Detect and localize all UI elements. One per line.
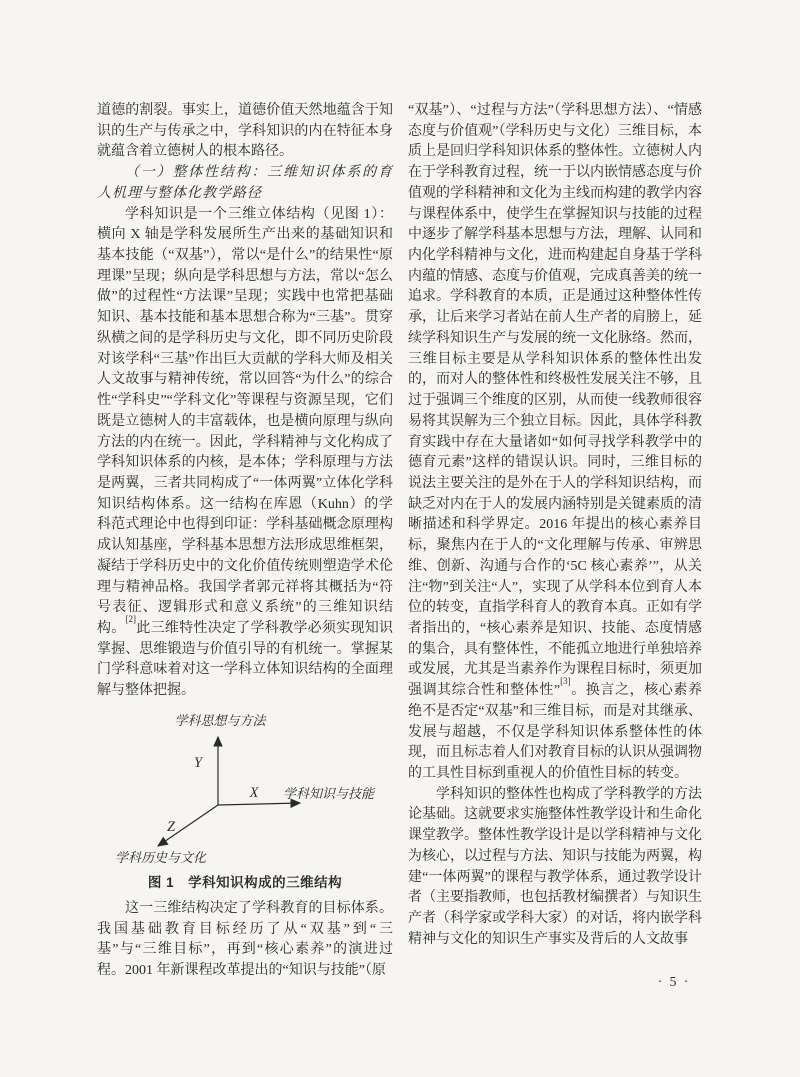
section-heading: （一）整体性结构：三维知识体系的育人机理与整体化教学路径 <box>97 163 393 204</box>
x-axis-arrow <box>218 803 300 805</box>
z-axis-title: 学科历史与文化 <box>115 850 207 865</box>
paragraph-text: “双基”）、“过程与方法”（学科思想方法）、“情感态度与价值观”（学科历史与文化… <box>408 103 702 698</box>
paragraph: 学科知识是一个三维立体结构（见图 1）：横向 X 轴是学科发展所生产出来的基础知… <box>97 205 393 702</box>
x-axis-variable: X <box>249 785 260 801</box>
x-axis-title: 学科知识与技能 <box>283 786 376 801</box>
citation-ref-2: [2] <box>126 614 137 624</box>
y-axis-variable: Y <box>194 755 204 771</box>
z-axis-variable: Z <box>167 819 176 835</box>
paragraph-continuation: “双基”）、“过程与方法”（学科思想方法）、“情感态度与价值观”（学科历史与文化… <box>408 101 702 785</box>
figure-1: 学科思想与方法 Y X 学科知识与技能 Z 学科历史与文化 图 1 学科知识构成… <box>97 710 393 893</box>
paragraph-text: 学科知识是一个三维立体结构（见图 1）：横向 X 轴是学科发展所生产出来的基础知… <box>97 207 393 636</box>
paper-page: 道德的割裂。事实上，道德价值天然地蕴含于知识的生产与传承之中，学科知识的内在特征… <box>0 0 800 1077</box>
figure-caption: 图 1 学科知识构成的三维结构 <box>97 873 393 893</box>
paragraph-text: 此三维特性决定了学科教学必须实现知识掌握、思维锻造与价值引导的有机统一。掌握某门… <box>97 621 393 698</box>
left-column: 道德的割裂。事实上，道德价值天然地蕴含于知识的生产与传承之中，学科知识的内在特征… <box>97 101 393 982</box>
paragraph-continuation: 道德的割裂。事实上，道德价值天然地蕴含于知识的生产与传承之中，学科知识的内在特征… <box>97 101 393 163</box>
page-number: · 5 · <box>644 974 704 990</box>
paragraph: 这一三维结构决定了学科教育的目标体系。我国基础教育目标经历了从“双基”到“三基”… <box>97 899 393 982</box>
citation-ref-3: [3] <box>560 676 571 686</box>
three-dimensional-axes-diagram: 学科思想与方法 Y X 学科知识与技能 Z 学科历史与文化 <box>97 710 393 870</box>
paragraph: 学科知识的整体性也构成了学科教学的方法论基础。这就要求实施整体性教学设计和生命化… <box>408 785 702 951</box>
right-column: “双基”）、“过程与方法”（学科思想方法）、“情感态度与价值观”（学科历史与文化… <box>408 101 702 950</box>
y-axis-title: 学科思想与方法 <box>174 713 266 728</box>
